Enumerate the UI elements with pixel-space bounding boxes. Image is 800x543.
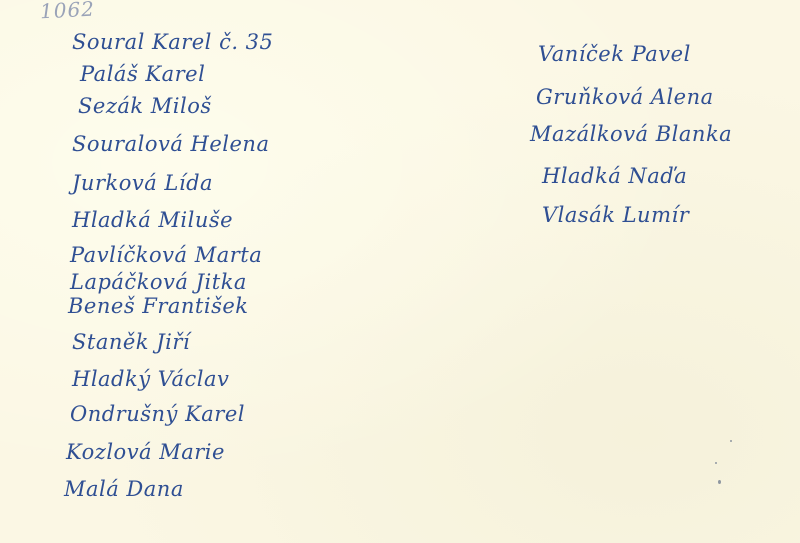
name-entry: Ondrušný Karel xyxy=(70,402,245,426)
paper-speck xyxy=(715,462,717,464)
catalog-number: 1062 xyxy=(39,0,95,23)
name-entry: Malá Dana xyxy=(64,477,184,501)
name-entry: Jurková Lída xyxy=(72,171,213,195)
name-entry: Vlasák Lumír xyxy=(542,203,689,227)
name-entry: Pavlíčková Marta xyxy=(70,243,262,267)
paper-sheet: 1062 Soural Karel č. 35 Paláš Karel Sezá… xyxy=(0,0,800,543)
name-entry: Kozlová Marie xyxy=(66,440,225,464)
name-entry: Vaníček Pavel xyxy=(538,42,691,66)
name-entry: Beneš František xyxy=(68,294,249,318)
name-entry: Soural Karel č. 35 xyxy=(72,30,273,54)
name-entry: Hladká Miluše xyxy=(72,208,233,232)
name-entry: Hladký Václav xyxy=(72,367,229,391)
paper-speck xyxy=(730,440,732,442)
name-entry: Paláš Karel xyxy=(80,62,205,86)
name-entry: Mazálková Blanka xyxy=(530,122,732,146)
name-entry: Staněk Jiří xyxy=(72,330,190,354)
name-entry: Hladká Naďa xyxy=(542,164,687,188)
name-entry: Souralová Helena xyxy=(72,132,269,156)
name-entry: Gruňková Alena xyxy=(536,85,714,109)
name-entry: Lapáčková Jitka xyxy=(70,270,247,294)
name-entry: Sezák Miloš xyxy=(78,94,212,118)
paper-speck xyxy=(718,480,721,484)
